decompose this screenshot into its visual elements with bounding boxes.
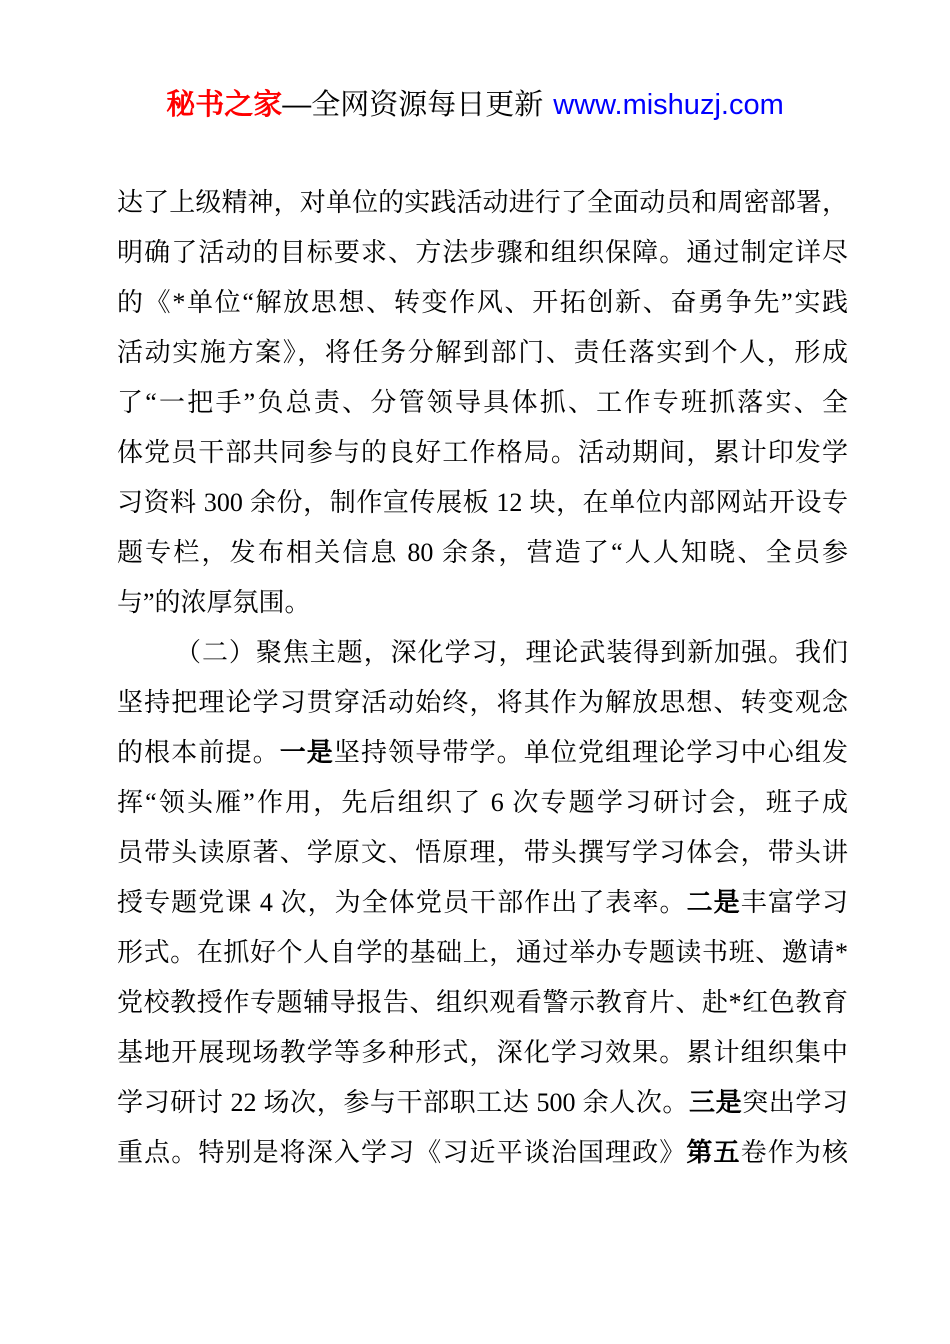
body-text: 学习研讨 22 场次，参与干部职工达 500 余人次。: [117, 1088, 689, 1117]
document-page: 秘书之家—全网资源每日更新www.mishuzj.com 达了上级精神，对单位的…: [0, 0, 950, 1344]
body-text: 挥“领头雁”作用，先后组织了 6 次专题学习研讨会，班子成: [117, 788, 848, 817]
body-text: 活动实施方案》，将任务分解到部门、责任落实到个人，形成: [117, 338, 848, 367]
body-text: 授专题党课 4 次，为全体党员干部作出了表率。: [117, 888, 687, 917]
body-text: 卷作为核: [741, 1138, 848, 1167]
text-line: 挥“领头雁”作用，先后组织了 6 次专题学习研讨会，班子成: [117, 778, 848, 828]
body-text: 员带头读原著、学原文、悟原理，带头撰写学习体会，带头讲: [117, 838, 848, 867]
body-text: 的根本前提。: [117, 738, 280, 767]
paragraph: （二）聚焦主题，深化学习，理论武装得到新加强。我们坚持把理论学习贯穿活动始终，将…: [117, 628, 848, 1178]
text-line: 题专栏，发布相关信息 80 余条，营造了“人人知晓、全员参: [117, 528, 848, 578]
body-text: 习资料 300 余份，制作宣传展板 12 块，在单位内部网站开设专: [117, 488, 848, 517]
body-text: 坚持领导带学。单位党组理论学习中心组发: [334, 738, 848, 767]
text-line: 形式。在抓好个人自学的基础上，通过举办专题读书班、邀请*: [117, 928, 848, 978]
site-url[interactable]: www.mishuzj.com: [553, 89, 783, 121]
text-line: 达了上级精神，对单位的实践活动进行了全面动员和周密部署，: [117, 178, 848, 228]
text-line: 了“一把手”负总责、分管领导具体抓、工作专班抓落实、全: [117, 378, 848, 428]
header-separator: —: [282, 89, 311, 121]
body-text: 达了上级精神，对单位的实践活动进行了全面动员和周密部署，: [117, 188, 848, 217]
emphasis-text: 第五: [686, 1138, 740, 1167]
header-tagline: 全网资源每日更新: [311, 89, 543, 121]
body-text: 坚持把理论学习贯穿活动始终，将其作为解放思想、转变观念: [117, 688, 848, 717]
body-text: 题专栏，发布相关信息 80 余条，营造了“人人知晓、全员参: [117, 538, 848, 567]
emphasis-text: 三是: [689, 1088, 742, 1117]
body-text: 了“一把手”负总责、分管领导具体抓、工作专班抓落实、全: [117, 388, 848, 417]
text-line: 坚持把理论学习贯穿活动始终，将其作为解放思想、转变观念: [117, 678, 848, 728]
body-text: （二）聚焦主题，深化学习，理论武装得到新加强。我们: [175, 638, 848, 667]
text-line: 学习研讨 22 场次，参与干部职工达 500 余人次。三是突出学习: [117, 1078, 848, 1128]
emphasis-text: 二是: [687, 888, 741, 917]
body-text: 基地开展现场教学等多种形式，深化学习效果。累计组织集中: [117, 1038, 848, 1067]
text-line: 的《*单位“解放思想、转变作风、开拓创新、奋勇争先”实践: [117, 278, 848, 328]
text-line: 授专题党课 4 次，为全体党员干部作出了表率。二是丰富学习: [117, 878, 848, 928]
body-text: 体党员干部共同参与的良好工作格局。活动期间，累计印发学: [117, 438, 848, 467]
text-line: 党校教授作专题辅导报告、组织观看警示教育片、赴*红色教育: [117, 978, 848, 1028]
site-brand: 秘书之家: [166, 89, 282, 121]
text-line: 的根本前提。一是坚持领导带学。单位党组理论学习中心组发: [117, 728, 848, 778]
document-body: 达了上级精神，对单位的实践活动进行了全面动员和周密部署，明确了活动的目标要求、方…: [0, 122, 950, 1178]
text-line: 与”的浓厚氛围。: [117, 578, 848, 628]
text-line: 基地开展现场教学等多种形式，深化学习效果。累计组织集中: [117, 1028, 848, 1078]
body-text: 形式。在抓好个人自学的基础上，通过举办专题读书班、邀请*: [117, 938, 848, 967]
text-line: 活动实施方案》，将任务分解到部门、责任落实到个人，形成: [117, 328, 848, 378]
body-text: 丰富学习: [741, 888, 848, 917]
text-line: （二）聚焦主题，深化学习，理论武装得到新加强。我们: [117, 628, 848, 678]
emphasis-text: 一是: [280, 738, 334, 767]
text-line: 明确了活动的目标要求、方法步骤和组织保障。通过制定详尽: [117, 228, 848, 278]
body-text: 突出学习: [742, 1088, 848, 1117]
text-line: 员带头读原著、学原文、悟原理，带头撰写学习体会，带头讲: [117, 828, 848, 878]
body-text: 党校教授作专题辅导报告、组织观看警示教育片、赴*红色教育: [117, 988, 848, 1017]
body-text: 的《*单位“解放思想、转变作风、开拓创新、奋勇争先”实践: [117, 288, 848, 317]
text-line: 重点。特别是将深入学习《习近平谈治国理政》第五卷作为核: [117, 1128, 848, 1178]
body-text: 明确了活动的目标要求、方法步骤和组织保障。通过制定详尽: [117, 238, 848, 267]
site-header: 秘书之家—全网资源每日更新www.mishuzj.com: [0, 0, 950, 122]
text-line: 习资料 300 余份，制作宣传展板 12 块，在单位内部网站开设专: [117, 478, 848, 528]
paragraph: 达了上级精神，对单位的实践活动进行了全面动员和周密部署，明确了活动的目标要求、方…: [117, 178, 848, 628]
text-line: 体党员干部共同参与的良好工作格局。活动期间，累计印发学: [117, 428, 848, 478]
body-text: 重点。特别是将深入学习《习近平谈治国理政》: [117, 1138, 686, 1167]
body-text: 与”的浓厚氛围。: [117, 588, 311, 617]
